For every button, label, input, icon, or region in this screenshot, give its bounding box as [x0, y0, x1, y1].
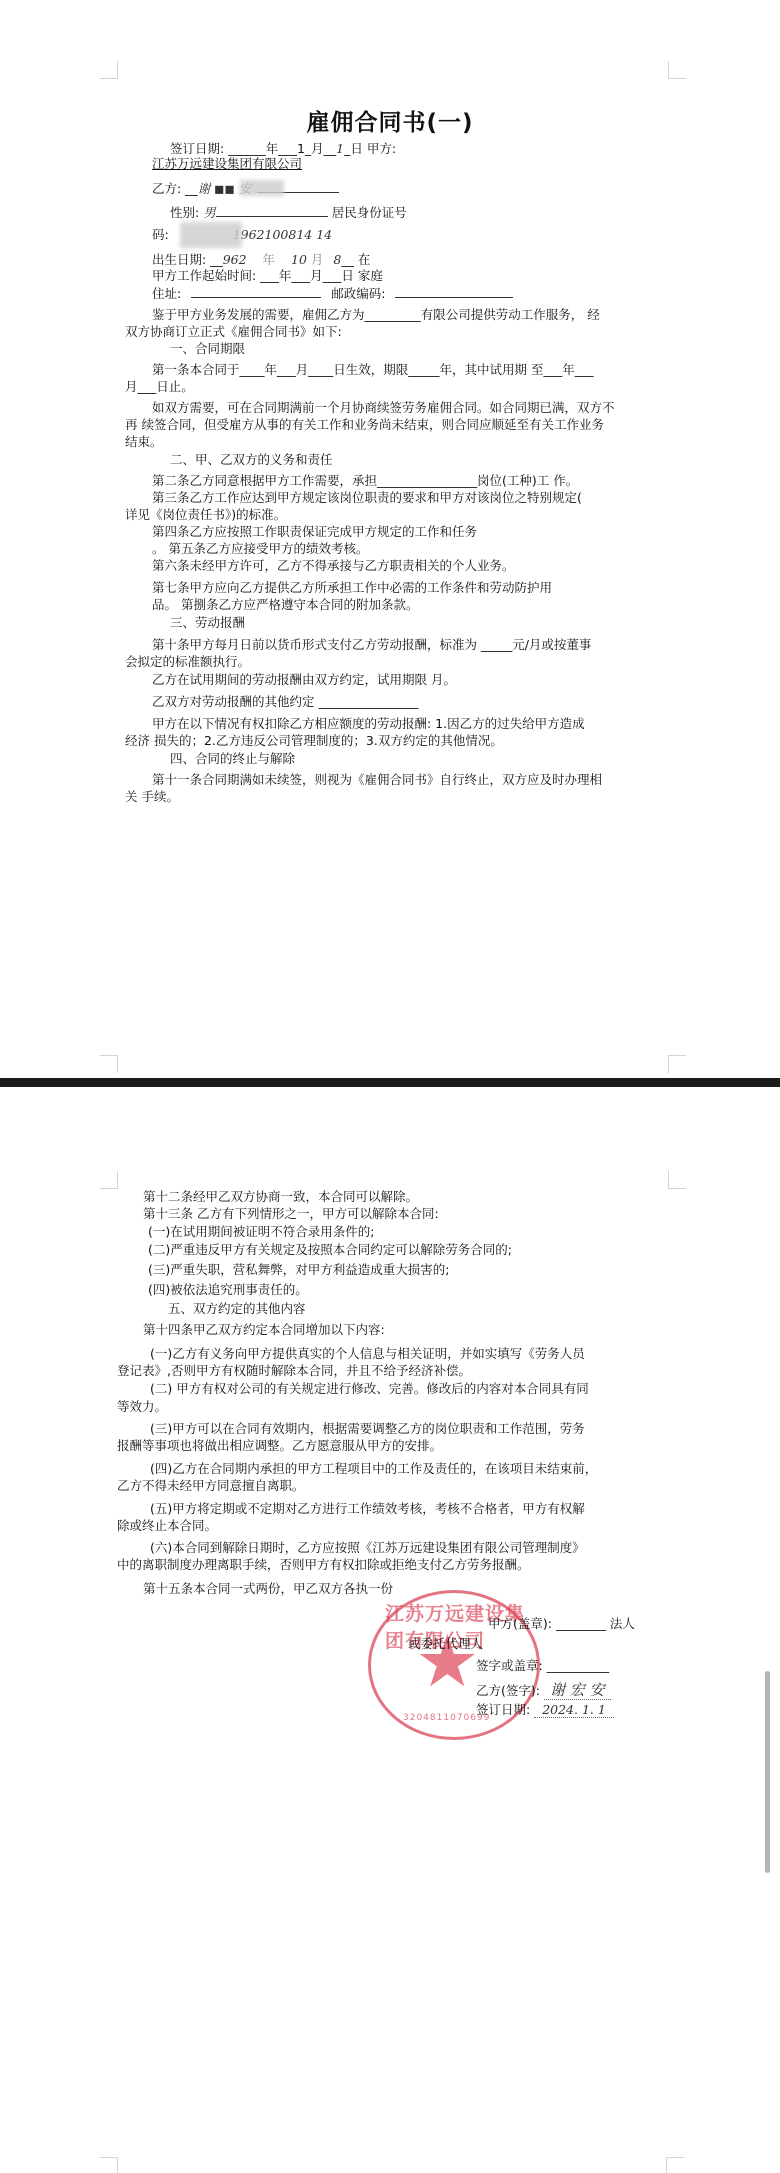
document-title: 雇佣合同书(一) [0, 104, 780, 137]
article-6: 第六条未经甲方许可，乙方不得承接与乙方职责相关的个人业务。 [152, 558, 515, 574]
article-14-4-line-1: (四)乙方在合同期内承担的甲方工程项目中的工作及责任的，在该项目未结束前， [150, 1461, 597, 1477]
sign-or-seal-line: 签字或盖章: __________ [476, 1658, 609, 1674]
signing-date-line: 签订日期: 2024. 1. 1 [476, 1702, 614, 1718]
page-1: 雇佣合同书(一) 签订日期: ______年___1_月__1_日 甲方: 江苏… [0, 0, 780, 1078]
signing-date-label: 签订日期: [476, 1702, 530, 1717]
article-3-line-2: 详见《岗位责任书》)的标准。 [125, 507, 286, 523]
address-line: 住址: 邮政编码: [152, 285, 513, 302]
article-12: 第十二条经甲乙双方协商一致，本合同可以解除。 [143, 1189, 418, 1205]
section-heading-2: 二、甲、乙双方的义务和责任 [170, 452, 333, 468]
article-15: 第十五条本合同一式两份，甲乙双方各执一份 [143, 1581, 393, 1597]
address-label: 住址: [152, 286, 181, 301]
renewal-line-2: 再 续签合同，但受雇方从事的有关工作和业务尚未结束，则合同应顺延至有关工作业务 [125, 417, 604, 433]
agent-label: 或委托代理人 [408, 1636, 483, 1652]
article-14: 第十四条甲乙双方约定本合同增加以下内容: [143, 1322, 385, 1338]
page-corner-mark [668, 1055, 686, 1073]
page-corner-mark [100, 1171, 118, 1189]
redaction-blur [240, 180, 284, 196]
id-code-handwritten: 1962100814 14 [233, 227, 332, 242]
postcode-label: 邮政编码: [331, 286, 385, 301]
birth-year-suffix: 年 [263, 252, 276, 267]
article-1-line-2: 月___日止。 [125, 379, 194, 395]
deduction-line-1: 甲方在以下情况有权扣除乙方相应额度的劳动报酬: 1.因乙方的过失给甲方造成 [152, 716, 585, 732]
article-11-line-2: 关 手续。 [125, 789, 179, 805]
party-b-signature: 谢 宏 安 [544, 1681, 611, 1700]
party-a-name: 江苏万远建设集团有限公司 [152, 156, 302, 172]
party-b-sign-line: 乙方(签字): 谢 宏 安 [476, 1682, 611, 1699]
signing-date-handwritten: 2024. 1. 1 [534, 1702, 614, 1718]
article-4: 第四条乙方应按照工作职责保证完成甲方规定的工作和任务 [152, 524, 477, 540]
page-corner-mark [668, 61, 686, 79]
blank-line [395, 285, 513, 298]
section-heading-1: 一、合同期限 [170, 341, 245, 357]
article-14-2-line-2: 等效力。 [117, 1399, 167, 1415]
article-14-6-line-1: (六)本合同到解除日期时，乙方应按照《江苏万远建设集团有限公司管理制度》 [150, 1540, 585, 1556]
party-b-sign-label: 乙方(签字): [476, 1683, 540, 1698]
section-heading-3: 三、劳动报酬 [170, 615, 245, 631]
article-14-5-line-1: (五)甲方将定期或不定期对乙方进行工作绩效考核，考核不合格者，甲方有权解 [150, 1501, 585, 1517]
article-10-line-1: 第十条甲方每月日前以货币形式支付乙方劳动报酬，标准为 _____元/月或按董事 [152, 637, 591, 653]
id-code-label: 码: [152, 227, 169, 242]
article-14-3-line-2: 报酬等事项也将做出相应调整。乙方愿意服从甲方的安排。 [117, 1438, 442, 1454]
party-b-label: 乙方: __ [152, 181, 198, 196]
article-14-4-line-2: 乙方不得未经甲方同意擅自离职。 [117, 1478, 305, 1494]
renewal-line-1: 如双方需要，可在合同期满前一个月协商续签劳务雇佣合同。如合同期已满，双方不 [152, 400, 615, 416]
article-13-item-1: (一)在试用期间被证明不符合录用条件的; [148, 1224, 374, 1240]
page-corner-mark [100, 61, 118, 79]
article-13-item-4: (四)被依法追究刑事责任的。 [148, 1282, 308, 1298]
preamble-line-2: 双方协商订立正式《雇佣合同书》如下: [125, 324, 342, 340]
article-13-item-2: (二)严重违反甲方有关规定及按照本合同约定可以解除劳务合同的; [148, 1242, 512, 1258]
article-7-line-2: 品。 第捌条乙方应严格遵守本合同的附加条款。 [152, 597, 418, 613]
section-heading-5: 五、双方约定的其他内容 [168, 1301, 306, 1317]
birth-month-handwritten: 10 [291, 252, 307, 267]
birth-month-suffix: 月 [311, 252, 324, 267]
article-10-line-2: 会拟定的标准额执行。 [125, 654, 250, 670]
page-corner-mark [668, 1171, 686, 1189]
page-corner-mark [100, 1055, 118, 1073]
article-14-2-line-1: (二) 甲方有权对公司的有关规定进行修改、完善。修改后的内容对本合同具有同 [150, 1381, 589, 1397]
article-2: 第二条乙方同意根据甲方工作需要，承担________________岗位(工种)… [152, 473, 578, 489]
birth-date-line: 出生日期: __962 年 10 月 8__ 在 [152, 252, 370, 268]
sign-date-year: ______年 [228, 141, 278, 156]
article-14-3-line-1: (三)甲方可以在合同有效期内，根据需要调整乙方的岗位职责和工作范围，劳务 [150, 1421, 585, 1437]
birth-suffix: __ 在 [341, 252, 370, 267]
birth-year-handwritten: 962 [223, 252, 247, 267]
article-7-line-1: 第七条甲方应向乙方提供乙方所承担工作中必需的工作条件和劳动防护用 [152, 580, 552, 596]
page-separator [0, 1078, 780, 1087]
renewal-line-3: 结束。 [125, 434, 163, 450]
id-label: 居民身份证号 [332, 205, 407, 220]
party-a-label: _日 甲方: [344, 141, 396, 156]
party-a-seal-line: 甲方(盖章): ________ 法人 [488, 1616, 635, 1632]
section-heading-4: 四、合同的终止与解除 [170, 751, 295, 767]
birth-label: 出生日期: __ [152, 252, 223, 267]
work-start-line: 甲方工作起始时间: ___年___月___日 家庭 [152, 268, 383, 284]
article-14-1-line-2: 登记表》,否则甲方有权随时解除本合同，并且不给予经济补偿。 [117, 1363, 471, 1379]
article-3-line-1: 第三条乙方工作应达到甲方规定该岗位职责的要求和甲方对该岗位之特别规定( [152, 490, 582, 506]
page-corner-mark [666, 2157, 684, 2173]
page-corner-mark [100, 2157, 118, 2173]
gender-handwritten: 男 [203, 205, 216, 220]
gender-line: 性别: 男 居民身份证号 [170, 204, 407, 221]
article-11-line-1: 第十一条合同期满如未续签，则视为《雇佣合同书》自行终止，双方应及时办理相 [152, 772, 602, 788]
sign-date-day: 1 [336, 141, 344, 156]
probation-pay: 乙方在试用期间的劳动报酬由双方约定，试用期限 月。 [152, 672, 456, 688]
sign-date-month: ___1_月__ [278, 141, 336, 156]
preamble-line-1: 鉴于甲方业务发展的需要，雇佣乙方为_________有限公司提供劳动工作服务， … [152, 307, 600, 323]
article-13: 第十三条 乙方有下列情形之一，甲方可以解除本合同: [143, 1206, 439, 1222]
other-pay: 乙双方对劳动报酬的其他约定 ________________ [152, 694, 418, 710]
article-14-5-line-2: 除或终止本合同。 [117, 1518, 217, 1534]
vertical-scrollbar[interactable] [765, 1671, 770, 1873]
sign-date-line: 签订日期: ______年___1_月__1_日 甲方: [170, 141, 396, 157]
gender-label: 性别: [170, 205, 199, 220]
blank-line [191, 285, 321, 298]
sign-date-label: 签订日期: [170, 141, 224, 156]
article-13-item-3: (三)严重失职，营私舞弊，对甲方利益造成重大损害的; [148, 1262, 449, 1278]
article-5: 。 第五条乙方应接受甲方的绩效考核。 [152, 541, 368, 557]
redaction-blur [180, 222, 242, 248]
article-14-1-line-1: (一)乙方有义务向甲方提供真实的个人信息与相关证明，并如实填写《劳务人员 [150, 1346, 585, 1362]
article-14-6-line-2: 中的离职制度办理离职手续，否则甲方有权扣除或拒绝支付乙方劳务报酬。 [117, 1557, 530, 1573]
blank-line [216, 204, 328, 217]
deduction-line-2: 经济 损失的；2.乙方违反公司管理制度的；3.双方约定的其他情况。 [125, 733, 503, 749]
article-1-line-1: 第一条本合同于____年___月____日生效，期限_____年，其中试用期 至… [152, 362, 593, 378]
